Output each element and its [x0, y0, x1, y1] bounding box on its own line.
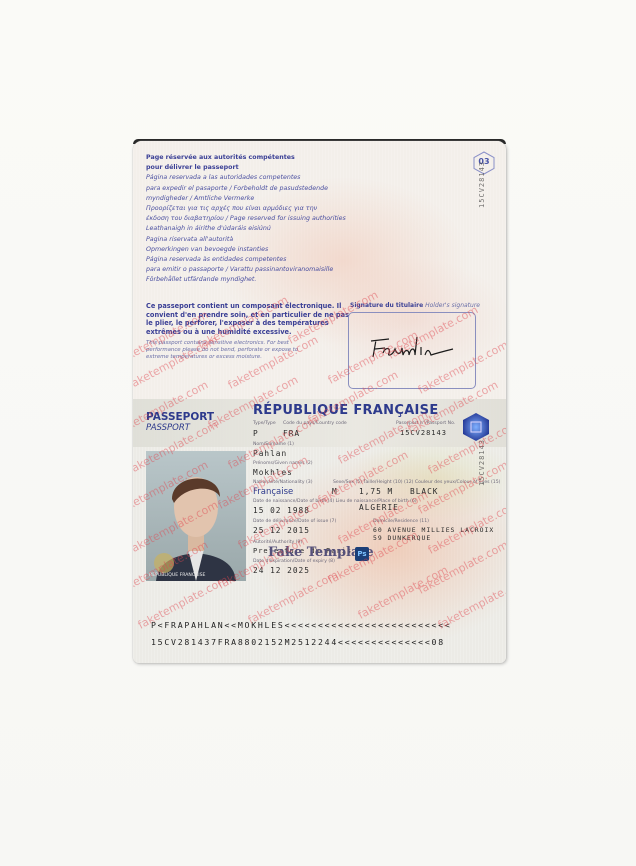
type-label: Type/Type: [253, 421, 276, 426]
hologram-icon: [462, 412, 490, 442]
authority-line: έκδοση του διαβατηρίου / Page reserved f…: [146, 214, 376, 224]
country-code-value: FRA: [283, 429, 300, 438]
height-value: 1,75 M: [359, 487, 393, 496]
authority-page: Page réservée aux autorités compétentesp…: [133, 141, 506, 399]
passport-no-value: 15CV28143: [400, 429, 447, 437]
residence-label: Domicile/Residence (11): [373, 519, 429, 524]
photoshop-icon: Ps: [355, 547, 369, 561]
sex-value: M: [332, 487, 338, 496]
portrait-icon: [146, 451, 246, 581]
passport-title-fr: PASSEPORT: [146, 411, 214, 423]
electronic-notice-fr: Ce passeport contient un composant élect…: [146, 302, 356, 336]
signature-icon: [367, 333, 457, 363]
surname-label: Nom/Surname (1): [253, 442, 294, 447]
issue-date-value: 25 12 2015: [253, 526, 310, 535]
perforated-number-lower: 15CV28143: [478, 439, 486, 486]
given-names-value: Mokhles: [253, 468, 293, 477]
surname-value: Pahlan: [253, 449, 287, 458]
eye-colour-value: BLACK: [410, 487, 438, 496]
data-page: PASSEPORT PASSPORT RÉPUBLIQUE FRANÇAISE …: [133, 399, 506, 663]
passport-page: Page réservée aux autorités compétentesp…: [133, 141, 506, 663]
authority-line: para emitir o passaporte / Varattu passi…: [146, 265, 376, 275]
given-names-label: Prénoms/Given names (2): [253, 461, 313, 466]
authority-line: pour délivrer le passeport: [146, 163, 376, 173]
authority-text-block: Page réservée aux autorités compétentesp…: [146, 153, 376, 286]
residence-line1: 60 AVENUE MILLIES LACROIX: [373, 526, 494, 534]
electronic-notice-en: This passport contains sensitive electro…: [146, 340, 306, 362]
authority-line: Leathanaigh in áirithe d'údaráis eisiúnú: [146, 224, 376, 234]
passport-title-en: PASSPORT: [146, 423, 190, 433]
type-value: P: [253, 429, 259, 438]
expiry-date-value: 24 12 2025: [253, 566, 310, 575]
dob-value: 15 02 1988: [253, 506, 310, 515]
holder-photo: REPUBLIQUE FRANCAISE: [146, 451, 246, 581]
mrz-line-1: P<FRAPAHLAN<<MOKHLES<<<<<<<<<<<<<<<<<<<<…: [151, 620, 452, 630]
authority-line: Opmerkingen van bevoegde instanties: [146, 245, 376, 255]
passport-no-label: Passeport n°/Passport No.: [396, 421, 455, 426]
authority-line: para expedir el pasaporte / Forbeholdt d…: [146, 184, 376, 194]
issue-date-label: Date de délivrance/Date of issue (7): [253, 519, 336, 524]
sex-height-eyes-label: Sexe/Sex (5) Taille/Height (10) (12) Cou…: [333, 480, 500, 485]
authority-line: myndigheder / Amtliche Vermerke: [146, 194, 376, 204]
nationality-label: Nationalité/Nationality (3): [253, 480, 313, 485]
country-name: RÉPUBLIQUE FRANÇAISE: [253, 403, 439, 418]
authority-line: Page réservée aux autorités compétentes: [146, 153, 376, 163]
signature-label: Signature du titulaire Holder's signatur…: [350, 302, 480, 309]
mrz-line-2: 15CV281437FRA8802152M2512244<<<<<<<<<<<<…: [151, 637, 445, 647]
authority-line: Förbehållet utfärdande myndighet.: [146, 275, 376, 285]
signature-box: [348, 312, 476, 389]
photo-caption: REPUBLIQUE FRANCAISE: [149, 573, 205, 578]
country-code-label: Code du pays/Country code: [283, 421, 347, 426]
authority-line: Página reservada às entidades competente…: [146, 255, 376, 265]
perforated-number: 15CV28143: [478, 161, 486, 208]
authority-line: Προορίζεται για τις αρχές που είναι αρμό…: [146, 204, 376, 214]
nationality-value: Française: [253, 487, 293, 497]
residence-line2: 59 DUNKERQUE: [373, 534, 431, 542]
authority-line: Pagina riservata all'autorità: [146, 235, 376, 245]
authority-line: Página reservada a las autoridades compe…: [146, 173, 376, 183]
pob-value: ALGERIE: [359, 503, 399, 512]
